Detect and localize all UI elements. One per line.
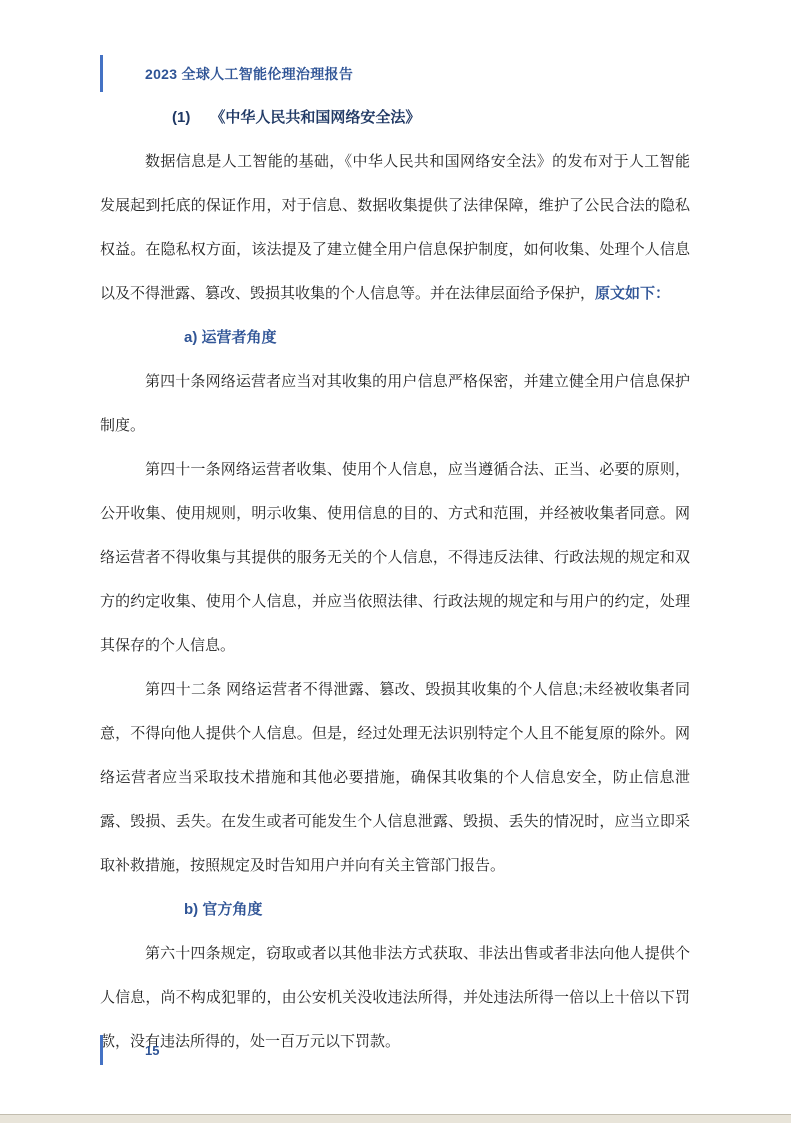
section-heading-title: 《中华人民共和国网络安全法》 bbox=[210, 109, 420, 126]
paragraph-article-40: 第四十条网络运营者应当对其收集的用户信息严格保密，并建立健全用户信息保护制度。 bbox=[100, 360, 690, 448]
running-header: 2023 全球人工智能伦理治理报告 bbox=[100, 55, 353, 92]
sub-heading-operator-angle: a) 运营者角度 bbox=[100, 316, 690, 360]
paragraph-intro-accent: 原文如下： bbox=[595, 285, 670, 302]
paragraph-article-41: 第四十一条网络运营者收集、使用个人信息，应当遵循合法、正当、必要的原则，公开收集… bbox=[100, 448, 690, 668]
document-page: 2023 全球人工智能伦理治理报告 (1)《中华人民共和国网络安全法》 数据信息… bbox=[0, 0, 791, 1123]
paragraph-intro: 数据信息是人工智能的基础，《中华人民共和国网络安全法》的发布对于人工智能发展起到… bbox=[100, 140, 690, 316]
paragraph-intro-text: 数据信息是人工智能的基础，《中华人民共和国网络安全法》的发布对于人工智能发展起到… bbox=[100, 153, 690, 302]
page-number: 15 bbox=[145, 1043, 159, 1058]
page-bottom-edge bbox=[0, 1114, 791, 1123]
page-footer: 15 bbox=[100, 1035, 159, 1065]
header-accent-bar bbox=[100, 55, 103, 92]
paragraph-article-42: 第四十二条 网络运营者不得泄露、篡改、毁损其收集的个人信息;未经被收集者同意，不… bbox=[100, 668, 690, 888]
section-heading: (1)《中华人民共和国网络安全法》 bbox=[100, 96, 690, 140]
report-title: 2023 全球人工智能伦理治理报告 bbox=[145, 64, 353, 84]
section-heading-number: (1) bbox=[172, 109, 190, 126]
paragraph-article-64: 第六十四条规定，窃取或者以其他非法方式获取、非法出售或者非法向他人提供个人信息，… bbox=[100, 932, 690, 1064]
footer-accent-bar bbox=[100, 1035, 103, 1065]
sub-heading-official-angle: b) 官方角度 bbox=[100, 888, 690, 932]
page-content: (1)《中华人民共和国网络安全法》 数据信息是人工智能的基础，《中华人民共和国网… bbox=[100, 96, 690, 1064]
